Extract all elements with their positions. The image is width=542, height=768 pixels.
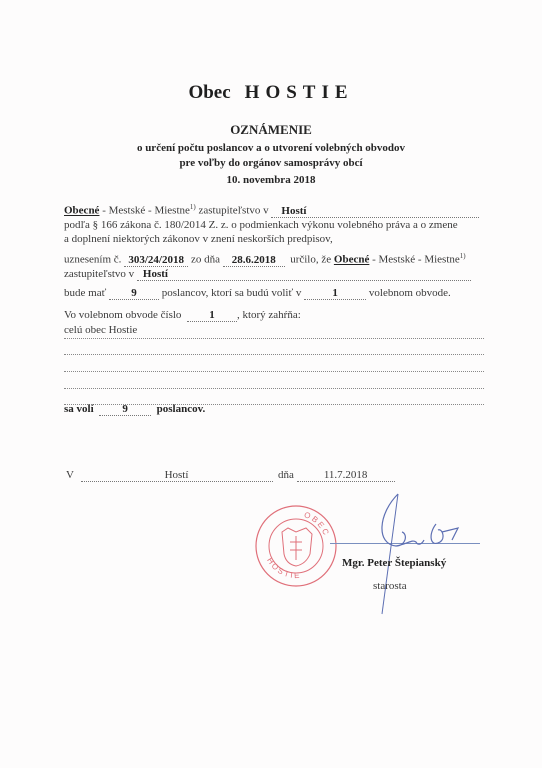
determined-label: určilo, že	[290, 254, 331, 266]
council-label-2: zastupiteľstvo v	[64, 268, 134, 280]
resolution-line: uznesením č. 303/24/2018 zo dňa 28.6.201…	[64, 252, 466, 267]
area-line-4	[64, 388, 484, 389]
council-place-line: zastupiteľstvo v Hostí	[64, 268, 471, 281]
svg-text:OBEC: OBEC	[303, 510, 332, 538]
district-number-line: Vo volebnom obvode číslo 1, ktorý zahŕňa…	[64, 309, 301, 322]
place-date-line: V Hostí dňa 11.7.2018	[66, 469, 395, 482]
municipality-name: HOSTIE	[245, 82, 354, 103]
deputies-label: poslancov.	[157, 403, 206, 415]
will-have-label: bude mať	[64, 287, 106, 299]
date-label: zo dňa	[191, 254, 220, 266]
council-place-field: Hostí	[271, 205, 479, 218]
signer-name: Mgr. Peter Štepianský	[342, 557, 446, 569]
election-date: 10. novembra 2018	[0, 174, 542, 186]
district-number-label: Vo volebnom obvode číslo	[64, 309, 181, 321]
place-label: V	[66, 469, 74, 481]
council-type-options: - Mestské - Miestne	[99, 205, 189, 217]
title-prefix: Obec	[188, 82, 230, 103]
deputies-count-field: 9	[109, 287, 159, 300]
council-label: zastupiteľstvo v	[196, 205, 272, 217]
includes-label: , ktorý zahŕňa:	[237, 309, 301, 321]
council-type-line: Obecné - Mestské - Miestne1) zastupiteľs…	[64, 203, 479, 218]
elected-in-label: poslancov, ktorí sa budú voliť v	[162, 287, 302, 299]
footnote-ref-2: 1)	[460, 252, 466, 260]
notice-heading: OZNÁMENIE	[0, 122, 542, 138]
elect-label: sa volí	[64, 403, 94, 415]
deputies-line: bude mať 9 poslancov, ktorí sa budú voli…	[64, 287, 451, 300]
area-line-2	[64, 354, 484, 355]
signer-role: starosta	[373, 580, 407, 592]
resolution-label: uznesením č.	[64, 254, 121, 266]
place-field: Hostí	[81, 469, 273, 482]
document-title: ObecHOSTIE	[0, 82, 542, 104]
resolution-number-field: 303/24/2018	[124, 254, 188, 267]
date-label-footer: dňa	[278, 469, 294, 481]
council-type-selected-2: Obecné	[334, 254, 369, 266]
council-type-options-2: - Mestské - Miestne	[369, 254, 459, 266]
districts-count-field: 1	[304, 287, 366, 300]
elect-deputies-field: 9	[99, 403, 151, 416]
law-line-2: a doplnení niektorých zákonov v znení ne…	[64, 233, 333, 245]
subtitle-line-2: pre voľby do orgánov samosprávy obcí	[0, 157, 542, 169]
district-number-field: 1	[187, 309, 237, 322]
district-area: celú obec Hostie	[64, 324, 137, 336]
subtitle-line-1: o určení počtu poslancov a o utvorení vo…	[0, 142, 542, 154]
district-label: volebnom obvode.	[369, 287, 451, 299]
date-field: 11.7.2018	[297, 469, 395, 482]
area-line-3	[64, 371, 484, 372]
law-line-1: podľa § 166 zákona č. 180/2014 Z. z. o p…	[64, 219, 458, 231]
official-stamp: OBEC HOSTIE	[254, 504, 338, 588]
council-place-field-2: Hostí	[137, 268, 471, 281]
resolution-date-field: 28.6.2018	[223, 254, 285, 267]
elect-line: sa volí 9 poslancov.	[64, 403, 205, 416]
council-type-selected: Obecné	[64, 205, 99, 217]
stamp-top-text: OBEC	[303, 510, 332, 538]
signature	[368, 484, 478, 624]
area-line-1	[64, 338, 484, 339]
